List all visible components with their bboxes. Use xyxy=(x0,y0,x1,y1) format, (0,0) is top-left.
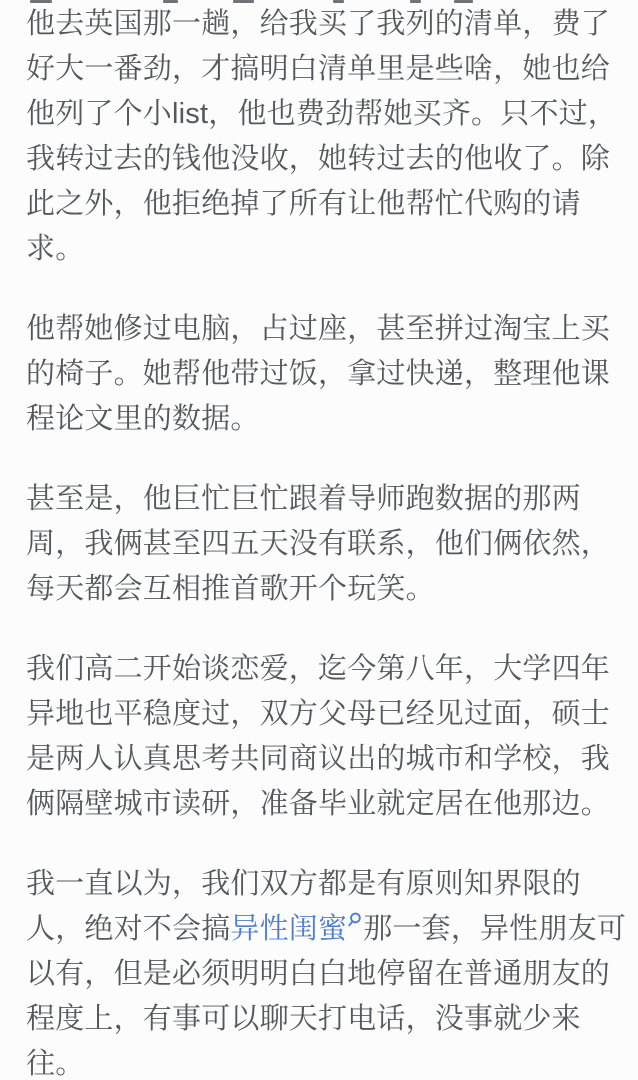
text-line: 程论文里的数据。 xyxy=(26,397,612,442)
paragraph-3: 甚至是，他巨忙巨忙跟着导师跑数据的那两 周，我俩甚至四五天没有联系，他们俩依然，… xyxy=(26,477,612,612)
text-segment: 那一套，异性朋友可 xyxy=(363,913,626,945)
text-line: 我一直以为，我们双方都是有原则知界限的 xyxy=(26,862,612,907)
text-line: 往。 xyxy=(26,1042,612,1080)
paragraph-2: 他帮她修过电脑，占过座，甚至拼过淘宝上买 的椅子。她帮他带过饭，拿过快递，整理他… xyxy=(26,307,612,442)
text-line: 我转过去的钱他没收，她转过去的他收了。除 xyxy=(26,137,612,182)
text-line: 人，绝对不会搞异性闺蜜那一套，异性朋友可 xyxy=(26,907,612,952)
text-line: 异地也平稳度过，双方父母已经见过面，硕士 xyxy=(26,692,612,737)
cutoff-text-remnant xyxy=(26,0,612,3)
search-term-link[interactable]: 异性闺蜜 xyxy=(230,913,363,945)
text-line: 俩隔壁城市读研，准备毕业就定居在他那边。 xyxy=(26,782,612,827)
text-line: 是两人认真思考共同商议出的城市和学校，我 xyxy=(26,737,612,782)
text-line: 我们高二开始谈恋爱，迄今第八年，大学四年 xyxy=(26,647,612,692)
text-line: 的椅子。她帮他带过饭，拿过快递，整理他课 xyxy=(26,352,612,397)
text-line: 以有，但是必须明明白白地停留在普通朋友的 xyxy=(26,952,612,997)
paragraph-1: 他去英国那一趟，给我买了我列的清单，费了 好大一番劲，才搞明白清单里是些啥，她也… xyxy=(26,2,612,272)
text-line: 他去英国那一趟，给我买了我列的清单，费了 xyxy=(26,2,612,47)
text-line: 周，我俩甚至四五天没有联系，他们俩依然， xyxy=(26,522,612,567)
text-line: 他列了个小list，他也费劲帮她买齐。只不过， xyxy=(26,92,612,137)
search-icon xyxy=(347,912,362,927)
article-page: 他去英国那一趟，给我买了我列的清单，费了 好大一番劲，才搞明白清单里是些啥，她也… xyxy=(0,0,638,1080)
text-line: 此之外，他拒绝掉了所有让他帮忙代购的请 xyxy=(26,182,612,227)
paragraph-4: 我们高二开始谈恋爱，迄今第八年，大学四年 异地也平稳度过，双方父母已经见过面，硕… xyxy=(26,647,612,827)
text-line: 程度上，有事可以聊天打电话，没事就少来 xyxy=(26,997,612,1042)
search-term-link-text: 异性闺蜜 xyxy=(230,913,347,945)
text-segment: 人，绝对不会搞 xyxy=(26,913,230,945)
text-line: 求。 xyxy=(26,227,612,272)
text-line: 每天都会互相推首歌开个玩笑。 xyxy=(26,567,612,612)
text-line: 他帮她修过电脑，占过座，甚至拼过淘宝上买 xyxy=(26,307,612,352)
text-line: 好大一番劲，才搞明白清单里是些啥，她也给 xyxy=(26,47,612,92)
paragraph-5: 我一直以为，我们双方都是有原则知界限的 人，绝对不会搞异性闺蜜那一套，异性朋友可… xyxy=(26,862,612,1080)
text-line: 甚至是，他巨忙巨忙跟着导师跑数据的那两 xyxy=(26,477,612,522)
